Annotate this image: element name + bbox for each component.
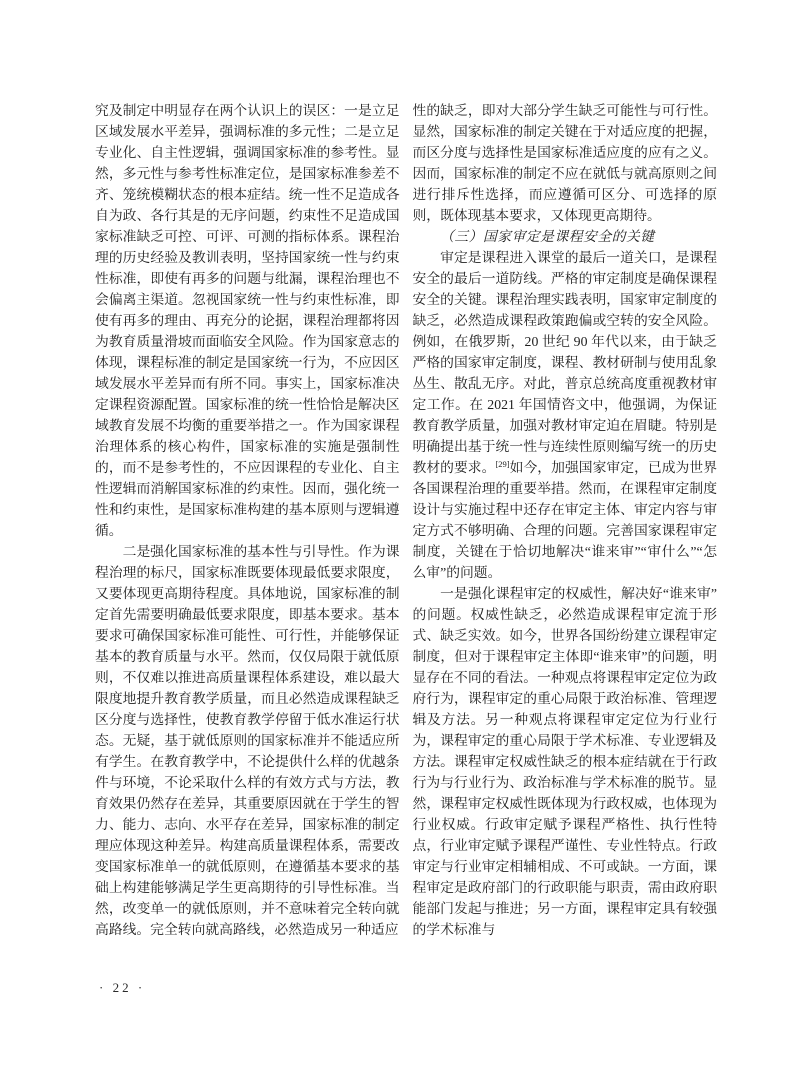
two-column-text-area: 究及制定中明显存在两个认识上的误区：一是立足区域发展水平差异，强调标准的多元性；…	[95, 100, 717, 940]
paragraph-text-after-citation: 如今，加强国家审定，已成为世界各国课程治理的重要举措。然而，在课程审定制度设计与…	[413, 460, 718, 580]
paragraph: 审定是课程进入课堂的最后一道关口，是课程安全的最后一道防线。严格的审定制度是确保…	[413, 247, 718, 583]
page-number: · 22 ·	[99, 980, 145, 995]
paragraph: 二是强化国家标准的基本性与引导性。作为课程治理的标尺，国家标准既要体现最低要求限…	[95, 541, 400, 940]
right-column: 性的缺乏，即对大部分学生缺乏可能性与可行性。显然，国家标准的制定关键在于对适应度…	[413, 100, 718, 940]
section-heading: （三）国家审定是课程安全的关键	[413, 226, 718, 247]
paragraph-continued-from-left-column: 性的缺乏，即对大部分学生缺乏可能性与可行性。显然，国家标准的制定关键在于对适应度…	[413, 100, 718, 226]
document-page: 究及制定中明显存在两个认识上的误区：一是立足区域发展水平差异，强调标准的多元性；…	[0, 0, 800, 1077]
paragraph-continued-from-previous-page: 究及制定中明显存在两个认识上的误区：一是立足区域发展水平差异，强调标准的多元性；…	[95, 100, 400, 541]
citation-marker: [29]	[495, 459, 509, 469]
page-footer: · 22 ·	[99, 977, 145, 998]
left-column: 究及制定中明显存在两个认识上的误区：一是立足区域发展水平差异，强调标准的多元性；…	[95, 100, 400, 940]
paragraph-text-before-citation: 审定是课程进入课堂的最后一道关口，是课程安全的最后一道防线。严格的审定制度是确保…	[413, 250, 718, 475]
paragraph: 一是强化课程审定的权威性，解决好“谁来审”的问题。权威性缺乏，必然造成课程审定流…	[413, 583, 718, 940]
